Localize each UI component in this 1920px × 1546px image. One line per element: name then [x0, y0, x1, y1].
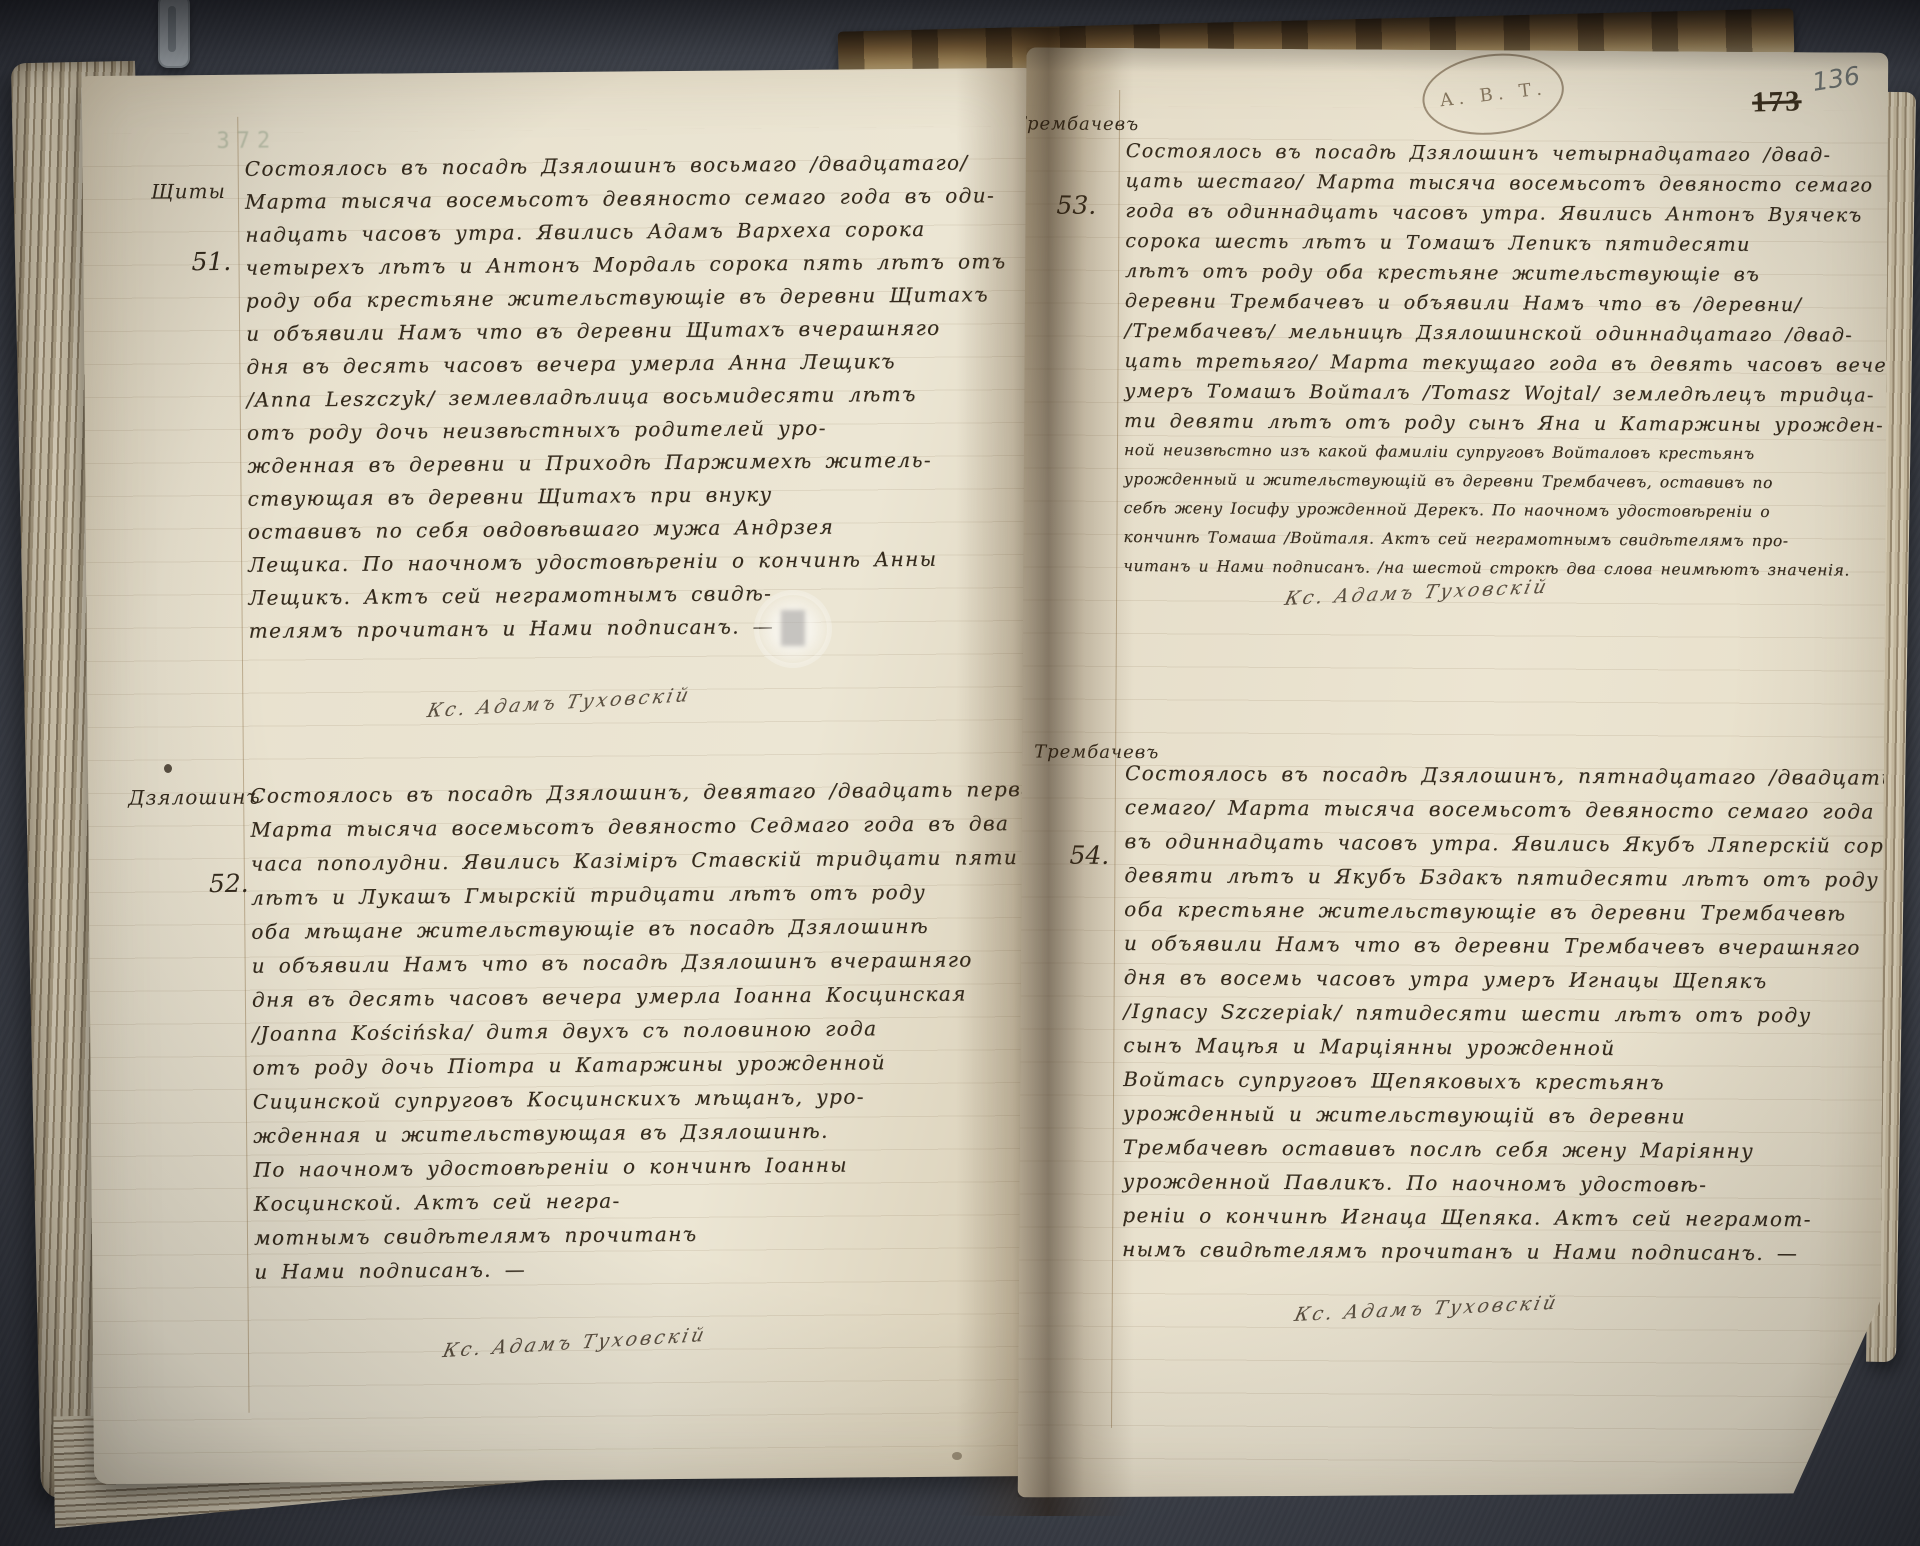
- death-record-54: Трембачевъ 54. Состоялось въ посадѣ Дзял…: [1018, 47, 1889, 1502]
- right-page: 173 136 А. В. Т. Трембачевъ 53. Состояло…: [1018, 47, 1889, 1502]
- handwritten-line: Трембачевѣ оставивъ послѣ себя жену Марі…: [1123, 1130, 1893, 1169]
- photo-watermark: [754, 590, 832, 668]
- handwritten-line: урожденной Павликъ. По наочномъ удостовѣ…: [1122, 1164, 1892, 1203]
- handwritten-line: реніи о кончинѣ Игнаца Щепяка. Актъ сей …: [1122, 1198, 1892, 1237]
- registrar-signature: Кс. Адамъ Туховскій: [441, 1324, 709, 1362]
- handwritten-line: семаго/ Марта тысяча восемьсотъ девяност…: [1125, 790, 1895, 829]
- ink-speck: [952, 1452, 962, 1460]
- handwritten-line: урожденный и жительствующій въ деревни: [1123, 1096, 1893, 1135]
- handwritten-line: сынъ Мацѣя и Марціянны урожденной: [1123, 1028, 1893, 1067]
- record-margin-place: Дзялошинъ: [128, 785, 261, 810]
- handwritten-line: девяти лѣтъ и Якубъ Бздакъ пятидесяти лѣ…: [1124, 858, 1894, 897]
- handwritten-line: дня въ десять часовъ вечера умерла Іоанн…: [252, 976, 1042, 1017]
- record-number: 52.: [209, 869, 249, 898]
- ink-blot: [164, 764, 172, 773]
- record-number: 54.: [1069, 841, 1109, 870]
- handwritten-line: Состоялось въ посадѣ Дзялошинъ, пятнадца…: [1125, 756, 1895, 795]
- record-body: Состоялось въ посадѣ Дзялошинъ, пятнадца…: [1122, 756, 1895, 1271]
- handwritten-line: и объявили Намъ что въ деревни Трембачев…: [1124, 926, 1894, 965]
- handwritten-line: нымъ свидѣтелямъ прочитанъ и Нами подпис…: [1122, 1232, 1892, 1271]
- handwritten-line: оба крестьяне жительствующіе въ деревни …: [1124, 892, 1894, 931]
- handwritten-line: въ одиннадцать часовъ утра. Явились Якуб…: [1124, 824, 1894, 863]
- death-record-52: Дзялошинъ 52. Состоялось въ посадѣ Дзяло…: [82, 68, 1046, 1484]
- handwritten-line: Войтась супруговъ Щепяковыхъ крестьянъ: [1123, 1062, 1893, 1101]
- handwritten-line: и Нами подписанъ. —: [254, 1248, 1044, 1289]
- registrar-signature: Кс. Адамъ Туховскій: [1292, 1292, 1561, 1326]
- handwritten-line: /Ignacy Szczepiak/ пятидесяти шести лѣтъ…: [1123, 994, 1893, 1033]
- paperclip: [158, 0, 190, 68]
- record-body: Состоялось въ посадѣ Дзялошинъ, девятаго…: [250, 772, 1044, 1289]
- left-page: 372 Щиты 51. Состоялось въ посадѣ Дзялош…: [82, 68, 1046, 1484]
- photograph-scene: 372 Щиты 51. Состоялось въ посадѣ Дзялош…: [0, 0, 1920, 1546]
- handwritten-line: дня въ восемь часовъ утра умеръ Игнацы Щ…: [1124, 960, 1894, 999]
